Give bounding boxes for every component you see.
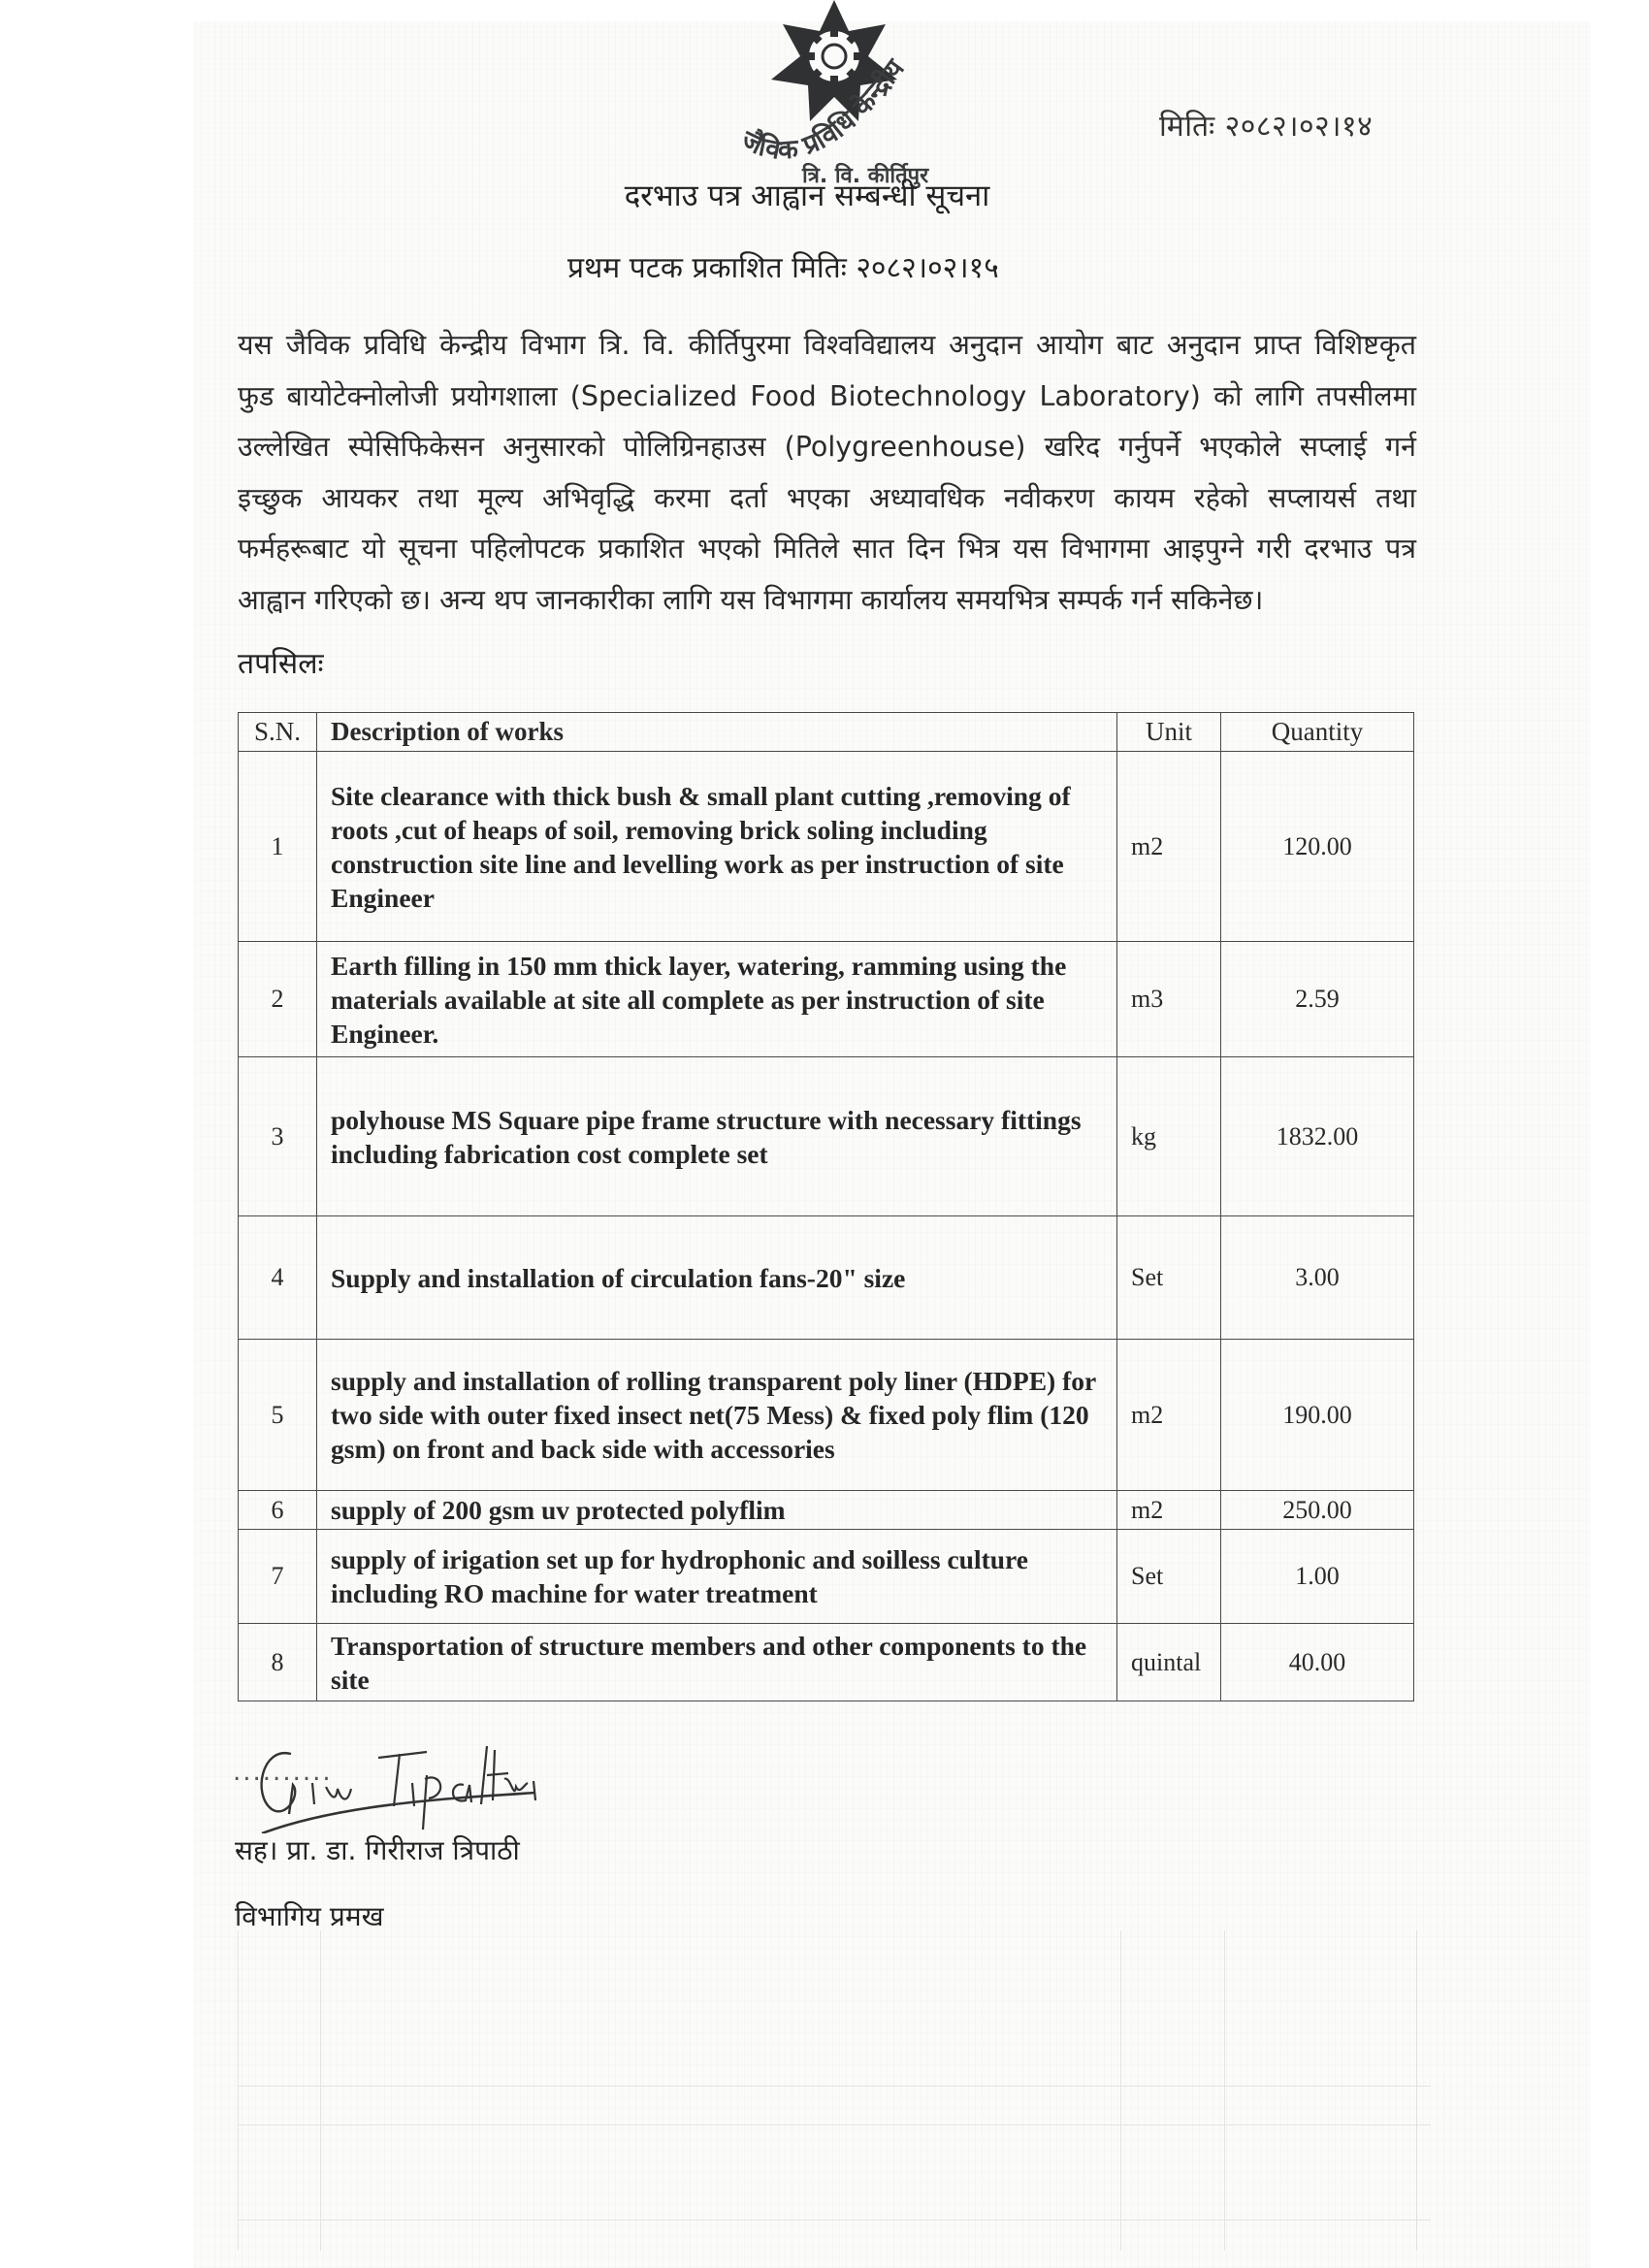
cell-quantity: 3.00 [1221,1216,1414,1340]
cell-unit: Set [1117,1530,1221,1624]
cell-description: Transportation of structure members and … [317,1624,1117,1701]
cell-sn: 1 [239,752,317,942]
cell-unit: m2 [1117,1491,1221,1530]
body-line: फुड बायोटेक्नोलोजी प्रयोगशाला (Specializ… [238,372,1416,423]
table-row: 4Supply and installation of circulation … [239,1216,1414,1340]
cell-description: supply of irigation set up for hydrophon… [317,1530,1117,1624]
table-row: 8Transportation of structure members and… [239,1624,1414,1701]
cell-quantity: 2.59 [1221,942,1414,1057]
bleed-through-artifact [238,1930,1431,2251]
table-row: 7supply of irigation set up for hydropho… [239,1530,1414,1624]
issue-date: मितिः २०८२।०२।१४ [1159,105,1373,145]
cell-description: supply of 200 gsm uv protected polyflim [317,1491,1117,1530]
body-line: फर्महरूबाट यो सूचना पहिलोपटक प्रकाशित भए… [238,524,1416,575]
body-line: इच्छुक आयकर तथा मूल्य अभिवृद्धि करमा दर्… [238,473,1416,525]
cell-unit: m2 [1117,1340,1221,1491]
cell-description: Supply and installation of circulation f… [317,1216,1117,1340]
cell-description: Earth filling in 150 mm thick layer, wat… [317,942,1117,1057]
cell-sn: 6 [239,1491,317,1530]
header-sn: S.N. [239,713,317,752]
notice-body: यस जैविक प्रविधि केन्द्रीय विभाग त्रि. व… [238,320,1416,626]
cell-quantity: 40.00 [1221,1624,1414,1701]
department-logo: जैविक प्रविधि केन्द्रीय विभाग त्रि. वि. … [713,0,965,194]
cell-description: polyhouse MS Square pipe frame structure… [317,1057,1117,1216]
header-quantity: Quantity [1221,713,1414,752]
signature-scribble-icon [233,1736,582,1833]
cell-sn: 8 [239,1624,317,1701]
cell-description: supply and installation of rolling trans… [317,1340,1117,1491]
cell-sn: 3 [239,1057,317,1216]
body-line: आह्वान गरिएको छ। अन्य थप जानकारीका लागि … [238,575,1416,627]
table-header-row: S.N. Description of works Unit Quantity [239,713,1414,752]
header-unit: Unit [1117,713,1221,752]
table-row: 3polyhouse MS Square pipe frame structur… [239,1057,1414,1216]
star-gear-emblem-icon: जैविक प्रविधि केन्द्रीय विभाग त्रि. वि. … [713,0,965,194]
cell-sn: 4 [239,1216,317,1340]
cell-quantity: 1832.00 [1221,1057,1414,1216]
notice-title: दरभाउ पत्र आह्वान सम्बन्धी सूचना [0,175,1649,215]
signatory-name: सह। प्रा. डा. गिरीराज त्रिपाठी [235,1831,520,1868]
cell-quantity: 120.00 [1221,752,1414,942]
cell-quantity: 1.00 [1221,1530,1414,1624]
cell-unit: Set [1117,1216,1221,1340]
table-row: 6supply of 200 gsm uv protected polyflim… [239,1491,1414,1530]
cell-sn: 2 [239,942,317,1057]
body-line: यस जैविक प्रविधि केन्द्रीय विभाग त्रि. व… [238,320,1416,372]
first-publication-date: प्रथम पटक प्रकाशित मितिः २०८२।०२।१५ [567,246,999,286]
details-heading: तपसिलः [238,642,324,682]
cell-unit: m3 [1117,942,1221,1057]
cell-quantity: 250.00 [1221,1491,1414,1530]
table-row: 5supply and installation of rolling tran… [239,1340,1414,1491]
cell-unit: m2 [1117,752,1221,942]
cell-description: Site clearance with thick bush & small p… [317,752,1117,942]
works-table: S.N. Description of works Unit Quantity … [238,712,1414,1701]
body-line: उल्लेखित स्पेसिफिकेसन अनुसारको पोलिग्रिन… [238,422,1416,473]
notice-title-text: दरभाउ पत्र आह्वान सम्बन्धी सूचना [625,175,990,215]
handwritten-signature [233,1736,582,1833]
cell-unit: quintal [1117,1624,1221,1701]
table-row: 2Earth filling in 150 mm thick layer, wa… [239,942,1414,1057]
cell-quantity: 190.00 [1221,1340,1414,1491]
table-row: 1Site clearance with thick bush & small … [239,752,1414,942]
cell-sn: 5 [239,1340,317,1491]
header-description: Description of works [317,713,1117,752]
cell-sn: 7 [239,1530,317,1624]
signatory-title: विभागिय प्रमख [235,1897,384,1934]
cell-unit: kg [1117,1057,1221,1216]
